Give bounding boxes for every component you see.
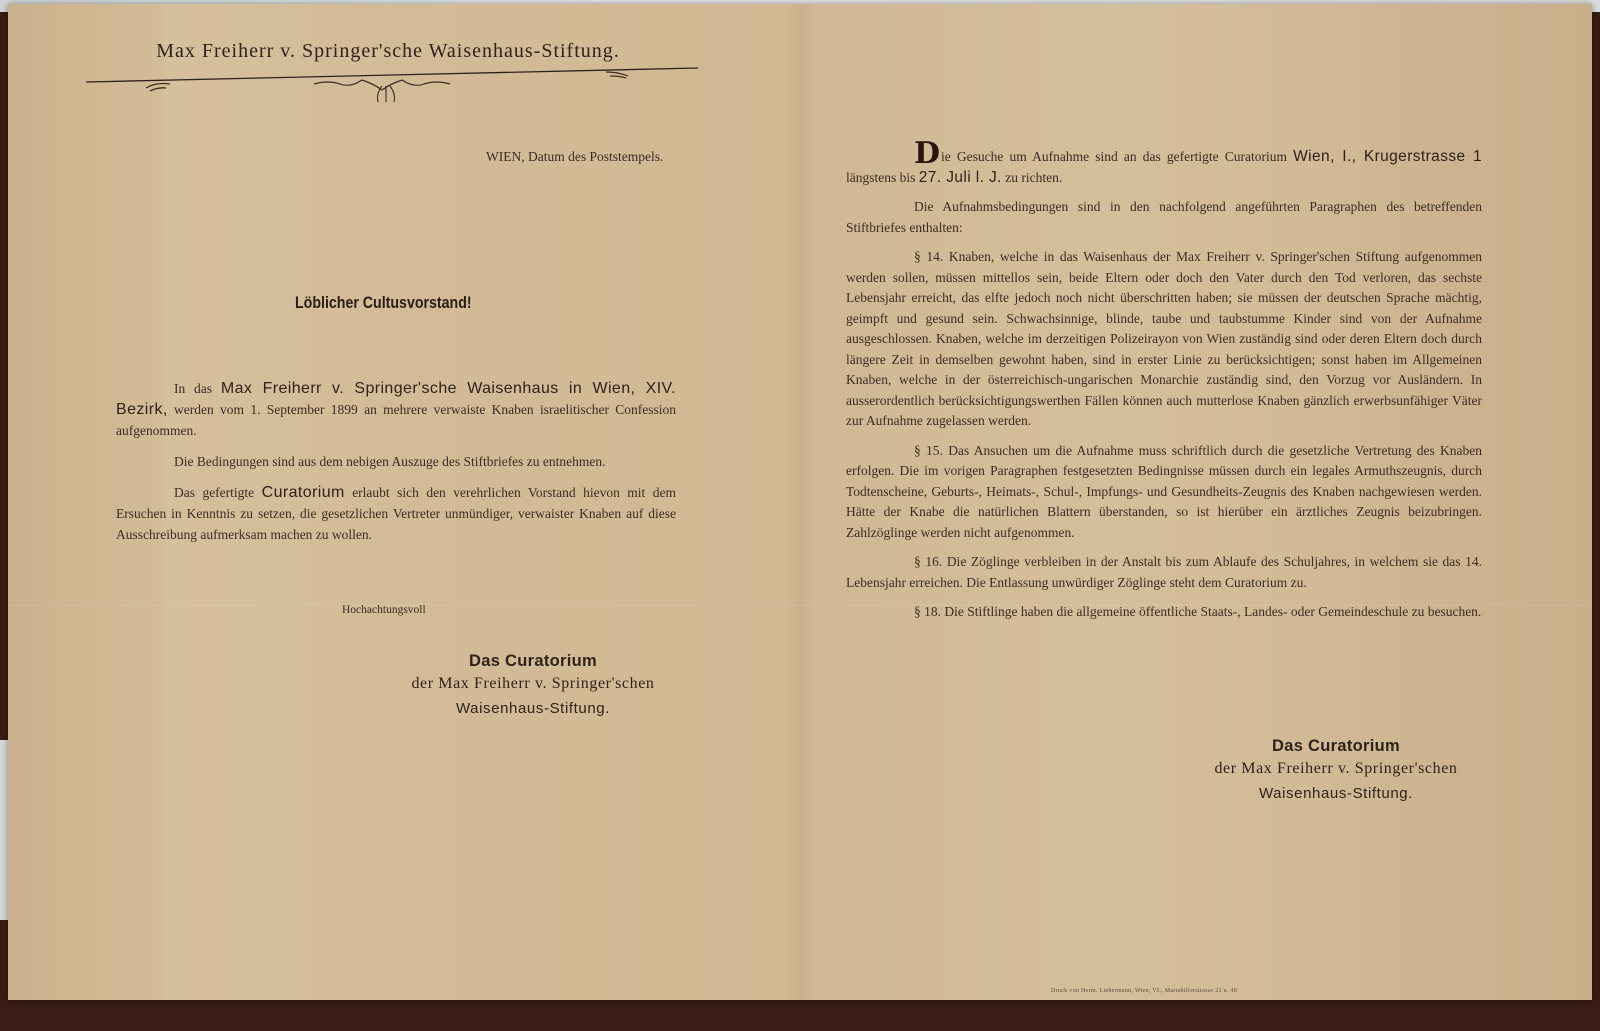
right-page: Die Gesuche um Aufnahme sind an das gefe… bbox=[806, 4, 1592, 1000]
section-text: Die Zöglinge verbleiben in der Anstalt b… bbox=[846, 554, 1482, 590]
signature-line-1: der Max Freiherr v. Springer'schen bbox=[383, 671, 683, 696]
salutation: Löblicher Cultusvorstand! bbox=[295, 294, 472, 313]
paragraph-2: Die Bedingungen sind aus dem nebigen Aus… bbox=[116, 451, 676, 472]
signature-line-1: der Max Freiherr v. Springer'schen bbox=[1176, 756, 1496, 781]
left-page: Max Freiherr v. Springer'sche Waisenhaus… bbox=[8, 4, 803, 1000]
signature-block-right: Das Curatorium der Max Freiherr v. Sprin… bbox=[1176, 737, 1496, 806]
signature-title: Das Curatorium bbox=[1176, 737, 1496, 756]
closing-phrase: Hochachtungsvoll bbox=[342, 604, 426, 616]
text-run: ie Gesuche um Aufnahme sind an das gefer… bbox=[941, 149, 1293, 164]
document-sheet: Max Freiherr v. Springer'sche Waisenhaus… bbox=[8, 4, 1592, 1000]
section-16: § 16. Die Zöglinge verbleiben in der Ans… bbox=[846, 552, 1482, 593]
section-label: § 15. bbox=[914, 443, 943, 458]
letter-body: In das Max Freiherr v. Springer'sche Wai… bbox=[116, 378, 676, 555]
section-text: Knaben, welche in das Waisenhaus der Max… bbox=[846, 249, 1482, 428]
masthead-title: Max Freiherr v. Springer'sche Waisenhaus… bbox=[128, 40, 648, 63]
section-18: § 18. Die Stiftlinge haben die allgemein… bbox=[846, 602, 1482, 623]
text-run: In das bbox=[174, 381, 221, 396]
paragraph-1: In das Max Freiherr v. Springer'sche Wai… bbox=[116, 378, 676, 441]
intro-paragraph: Die Gesuche um Aufnahme sind an das gefe… bbox=[846, 144, 1482, 188]
text-run: längstens bis bbox=[846, 170, 919, 185]
deadline-emphasis: 27. Juli l. J. bbox=[919, 169, 1002, 186]
conditions-intro: Die Aufnahmsbedingungen sind in den nach… bbox=[846, 197, 1482, 238]
section-text: Die Stiftlinge haben die allgemeine öffe… bbox=[944, 604, 1481, 619]
section-label: § 14. bbox=[914, 249, 943, 264]
address-emphasis: Wien, I., Krugerstrasse 1 bbox=[1293, 148, 1482, 165]
signature-title: Das Curatorium bbox=[383, 652, 683, 671]
section-14: § 14. Knaben, welche in das Waisenhaus d… bbox=[846, 247, 1482, 432]
dropcap-letter: D bbox=[914, 136, 940, 171]
section-15: § 15. Das Ansuchen um die Aufnahme muss … bbox=[846, 441, 1482, 544]
signature-block-left: Das Curatorium der Max Freiherr v. Sprin… bbox=[383, 652, 683, 721]
signature-line-2: Waisenhaus-Stiftung. bbox=[1176, 781, 1496, 806]
paragraph-3: Das gefertigte Curatorium erlaubt sich d… bbox=[116, 482, 676, 545]
section-label: § 16. bbox=[914, 554, 942, 569]
ornamental-rule-icon bbox=[86, 66, 698, 106]
text-run: Das gefertigte bbox=[174, 485, 262, 500]
statutes-body: Die Gesuche um Aufnahme sind an das gefe… bbox=[846, 144, 1482, 632]
place-date: WIEN, Datum des Poststempels. bbox=[486, 149, 663, 165]
signature-line-2: Waisenhaus-Stiftung. bbox=[383, 696, 683, 721]
curatorium-emphasis: Curatorium bbox=[262, 484, 345, 501]
printer-imprint: Druck von Herm. Liebermann, Wien, VI., M… bbox=[1051, 988, 1237, 994]
text-run: werden vom 1. September 1899 an mehrere … bbox=[116, 402, 676, 438]
text-run: zu richten. bbox=[1002, 170, 1062, 185]
section-label: § 18. bbox=[914, 604, 941, 619]
